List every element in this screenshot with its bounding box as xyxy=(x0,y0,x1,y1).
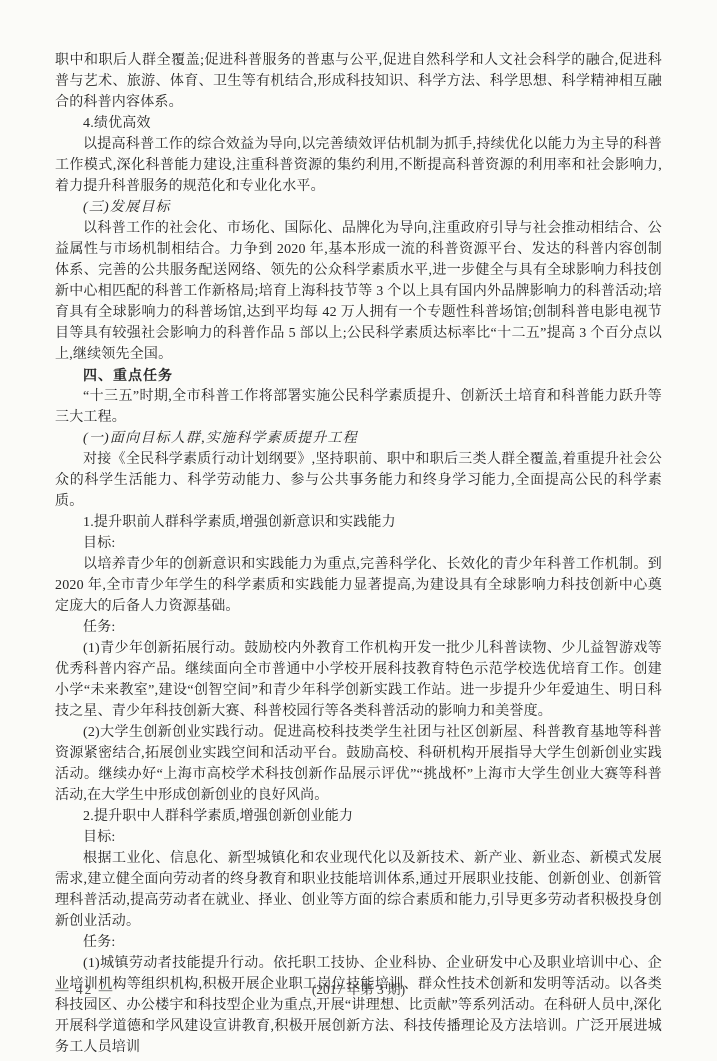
heading-kaiti: (一)面向目标人群,实施科学素质提升工程 xyxy=(55,428,662,449)
paragraph: 以科普工作的社会化、市场化、国际化、品牌化为导向,注重政府引导与社会推动相结合、… xyxy=(55,218,662,365)
paragraph: 目标: xyxy=(55,827,662,848)
paragraph: (1)青少年创新拓展行动。鼓励校内外教育工作机构开发一批少儿科普读物、少儿益智游… xyxy=(55,638,662,722)
paragraph: (1)城镇劳动者技能提升行动。依托职工技协、企业科协、企业研发中心及职业培训中心… xyxy=(55,953,662,1058)
document-body: 职中和职后人群全覆盖;促进科普服务的普惠与公平,促进自然科学和人文社会科学的融合… xyxy=(55,50,662,1058)
heading-bold: 四、重点任务 xyxy=(55,365,662,386)
heading-kaiti: (三)发展目标 xyxy=(55,197,662,218)
paragraph: 任务: xyxy=(55,617,662,638)
paragraph: 目标: xyxy=(55,533,662,554)
paragraph: (2)大学生创新创业实践行动。促进高校科技类学生社团与社区创新屋、科普教育基地等… xyxy=(55,722,662,806)
paragraph: 任务: xyxy=(55,932,662,953)
paragraph: “十三五”时期,全市科普工作将部署实施公民科学素质提升、创新沃土培育和科普能力跃… xyxy=(55,386,662,428)
page-footer: (2017 年第 3 期) — 42 — xyxy=(55,980,662,1000)
paragraph: 根据工业化、信息化、新型城镇化和农业现代化以及新技术、新产业、新业态、新模式发展… xyxy=(55,848,662,932)
paragraph: 职中和职后人群全覆盖;促进科普服务的普惠与公平,促进自然科学和人文社会科学的融合… xyxy=(55,50,662,113)
paragraph: 1.提升职前人群科学素质,增强创新意识和实践能力 xyxy=(55,512,662,533)
paragraph: 2.提升职中人群科学素质,增强创新创业能力 xyxy=(55,806,662,827)
paragraph: 以提高科普工作的综合效益为导向,以完善绩效评估机制为抓手,持续优化以能力为主导的… xyxy=(55,134,662,197)
page-number: — 42 — xyxy=(55,980,114,1000)
paragraph: 4.绩优高效 xyxy=(55,113,662,134)
paragraph: 以培养青少年的创新意识和实践能力为重点,完善科学化、长效化的青少年科普工作机制。… xyxy=(55,554,662,617)
document-page: 职中和职后人群全覆盖;促进科普服务的普惠与公平,促进自然科学和人文社会科学的融合… xyxy=(0,0,717,1061)
paragraph: 对接《全民科学素质行动计划纲要》,坚持职前、职中和职后三类人群全覆盖,着重提升社… xyxy=(55,449,662,512)
issue-label: (2017 年第 3 期) xyxy=(55,980,662,1000)
